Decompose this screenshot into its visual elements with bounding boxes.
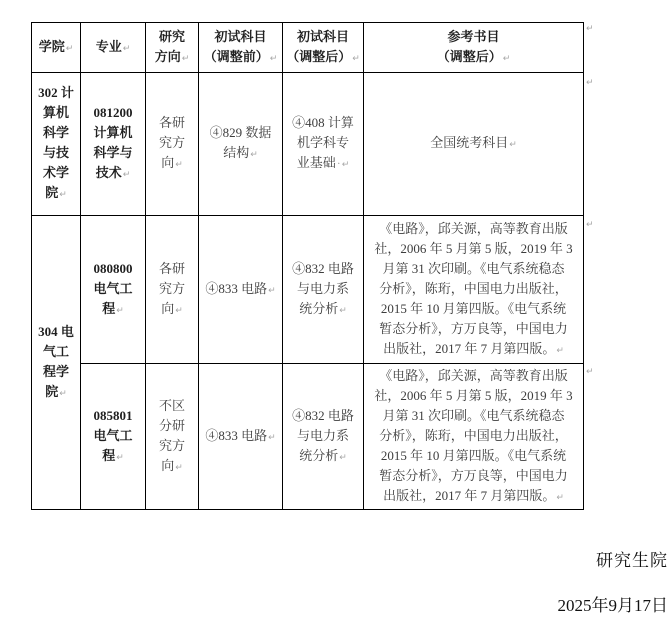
header-major: 专业↵ (81, 23, 146, 73)
return-mark-icon: ↵ (556, 493, 564, 503)
exam-adjustment-table: 学院↵ 专业↵ 研究 方向↵ 初试科目 （调整前）↵ 初试科目 （调整后）↵ 参… (31, 22, 584, 510)
cell-major-085801: 085801 电气工 程↵ (81, 364, 146, 510)
return-mark-icon: ↵ (116, 306, 124, 316)
return-mark-icon: ↵ (352, 54, 360, 64)
cell-subject-after-832-b: ④832 电路 与电力系 统分析↵ (283, 364, 364, 510)
header-subjects-after: 初试科目 （调整后）↵ (283, 23, 364, 73)
return-mark-icon: ↵ (339, 306, 347, 316)
header-college: 学院↵ (32, 23, 81, 73)
header-college-label: 学院 (39, 39, 65, 54)
header-subjects-before-label: 初试科目 （调整前） (204, 29, 269, 64)
return-mark-icon: ↵ (59, 389, 67, 399)
return-mark-icon: ↵ (509, 140, 517, 150)
cell-subject-after-408: ④408 计算 机学科专 业基础·↵ (283, 73, 364, 216)
document-date: 2025年9月17日 (558, 591, 669, 616)
row-end-return-mark-icon: ↵ (586, 367, 594, 377)
cell-direction-ee-academic: 各研 究方 向↵ (146, 216, 199, 364)
cell-direction-cs: 各研 究方 向↵ (146, 73, 199, 216)
header-direction-label: 研究 方向 (155, 29, 185, 64)
return-mark-icon: ↵ (250, 150, 258, 160)
row-end-return-mark-icon: ↵ (586, 78, 594, 88)
space-mark-icon: · (337, 156, 341, 170)
table-row-ee-academic: 304 电 气工 程学 院↵ 080800 电气工 程↵ 各研 究方 向↵ ④8… (32, 216, 584, 364)
header-direction: 研究 方向↵ (146, 23, 199, 73)
signature-graduate-school: 研究生院 (596, 546, 668, 571)
cell-references-national: 全国统考科目↵ (364, 73, 584, 216)
header-references-label: 参考书目 （调整后） (437, 29, 502, 64)
return-mark-icon: ↵ (123, 170, 131, 180)
cell-subject-before-833-a: ④833 电路↵ (199, 216, 283, 364)
cell-references-ee-professional: 《电路》，邱关源，高等教育出版 社，2006 年 5 月第 5 版，2019 年… (364, 364, 584, 510)
return-mark-icon: ↵ (66, 44, 74, 54)
row-end-return-mark-icon: ↵ (586, 24, 594, 34)
return-mark-icon: ↵ (503, 54, 511, 64)
return-mark-icon: ↵ (175, 306, 183, 316)
document-page: 学院↵ 专业↵ 研究 方向↵ 初试科目 （调整前）↵ 初试科目 （调整后）↵ 参… (0, 0, 671, 619)
cell-direction-ee-professional: 不区 分研 究方 向↵ (146, 364, 199, 510)
return-mark-icon: ↵ (59, 190, 67, 200)
table-row-cs: 302 计 算机 科学 与技 术学 院↵ 081200 计算机 科学与 技术↵ … (32, 73, 584, 216)
cell-college-302: 302 计 算机 科学 与技 术学 院↵ (32, 73, 81, 216)
header-major-label: 专业 (96, 39, 122, 54)
return-mark-icon: ↵ (339, 453, 347, 463)
table-header-row: 学院↵ 专业↵ 研究 方向↵ 初试科目 （调整前）↵ 初试科目 （调整后）↵ 参… (32, 23, 584, 73)
table-row-ee-professional: 085801 电气工 程↵ 不区 分研 究方 向↵ ④833 电路↵ ④832 … (32, 364, 584, 510)
cell-references-ee-academic: 《电路》，邱关源，高等教育出版 社，2006 年 5 月第 5 版，2019 年… (364, 216, 584, 364)
cell-college-304: 304 电 气工 程学 院↵ (32, 216, 81, 510)
return-mark-icon: ↵ (123, 44, 131, 54)
return-mark-icon: ↵ (175, 463, 183, 473)
return-mark-icon: ↵ (268, 433, 276, 443)
cell-subject-before-829: ④829 数据 结构↵ (199, 73, 283, 216)
return-mark-icon: ↵ (268, 286, 276, 296)
return-mark-icon: ↵ (175, 160, 183, 170)
return-mark-icon: ↵ (342, 160, 350, 170)
return-mark-icon: ↵ (556, 346, 564, 356)
cell-major-081200: 081200 计算机 科学与 技术↵ (81, 73, 146, 216)
return-mark-icon: ↵ (116, 453, 124, 463)
cell-major-080800: 080800 电气工 程↵ (81, 216, 146, 364)
header-subjects-after-label: 初试科目 （调整后） (286, 29, 351, 64)
return-mark-icon: ↵ (270, 54, 278, 64)
cell-subject-after-832-a: ④832 电路 与电力系 统分析↵ (283, 216, 364, 364)
return-mark-icon: ↵ (182, 54, 190, 64)
header-references: 参考书目 （调整后）↵ (364, 23, 584, 73)
row-end-return-mark-icon: ↵ (586, 220, 594, 230)
header-subjects-before: 初试科目 （调整前）↵ (199, 23, 283, 73)
cell-subject-before-833-b: ④833 电路↵ (199, 364, 283, 510)
